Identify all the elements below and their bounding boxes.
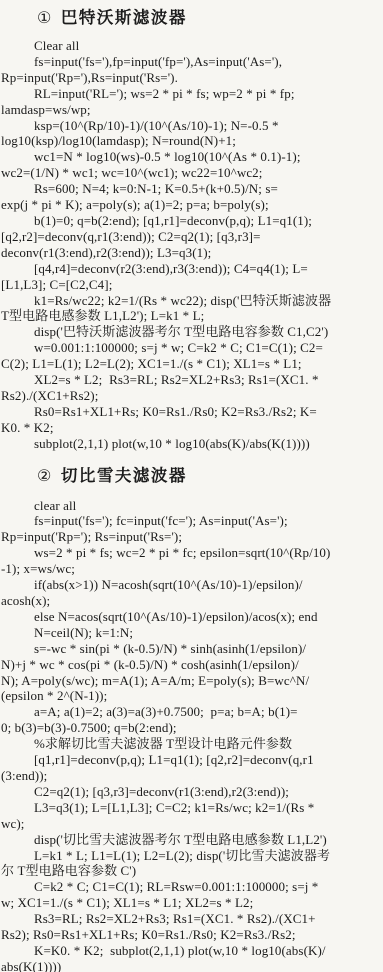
code-line: Rs3=RL; Rs2=XL2+Rs3; Rs1=(XC1. * Rs2)./(… [1, 911, 382, 927]
code-block-chebyshev: clear allfs=input('fs='); fc=input('fc='… [1, 498, 382, 972]
code-line: [L1,L3]; C=[C2,C4]; [1, 277, 382, 293]
code-line: log10(ksp)/log10(lamdasp); N=round(N)+1; [1, 133, 382, 149]
code-line: deconv(r1(3:end),r2(3:end)); L3=q3(1); [1, 245, 382, 261]
section-chebyshev: ②切比雪夫滤波器 clear allfs=input('fs='); fc=in… [1, 465, 382, 972]
code-line: k1=Rs/wc22; k2=1/(Rs * wc22); disp('巴特沃斯… [1, 293, 382, 309]
code-line: RL=input('RL='); ws=2 * pi * fs; wp=2 * … [1, 86, 382, 102]
code-line: [q1,r1]=deconv(p,q); L1=q1(1); [q2,r2]=d… [1, 752, 382, 768]
scanned-book-page: ①巴特沃斯滤波器 Clear allfs=input('fs='),fp=inp… [0, 0, 383, 972]
code-line: ksp=(10^(Rp/10)-1)/(10^(As/10)-1); N=-0.… [1, 118, 382, 134]
code-line: 尔 T型电路电容参数 C') [1, 863, 382, 879]
code-line: N=ceil(N); k=1:N; [1, 625, 382, 641]
code-line: C2=q2(1); [q3,r3]=deconv(r1(3:end),r2(3:… [1, 784, 382, 800]
code-line: T型电路电感参数 L1,L2'); L=k1 * L; [1, 308, 382, 324]
code-line: C=k2 * C; C1=C(1); RL=Rsw=0.001:1:100000… [1, 879, 382, 895]
code-line: disp('巴特沃斯滤波器考尔 T型电路电容参数 C1,C2') [1, 324, 382, 340]
code-line: s=-wc * sin(pi * (k-0.5)/N) * sinh(asinh… [1, 641, 382, 657]
circled-2-icon: ② [37, 468, 53, 485]
code-line: Rs2); Rs0=Rs1+XL1+Rs; K0=Rs1./Rs0; K2=Rs… [1, 927, 382, 943]
code-line: abs(K(1)))) [1, 959, 382, 972]
code-line: L3=q3(1); L=[L1,L3]; C=C2; k1=Rs/wc; k2=… [1, 800, 382, 816]
code-line: exp(j * pi * K); a=poly(s); a(1)=2; p=a;… [1, 197, 382, 213]
code-line: L=k1 * L; L1=L(1); L2=L(2); disp('切比雪夫滤波… [1, 848, 382, 864]
code-line: -1); x=ws/wc; [1, 561, 382, 577]
code-line: b(1)=0; q=b(2:end); [q1,r1]=deconv(p,q);… [1, 213, 382, 229]
code-line: wc1=N * log10(ws)-0.5 * log10(10^(As * 0… [1, 149, 382, 165]
code-line: else N=acos(sqrt(10^(As/10)-1)/epsilon)/… [1, 609, 382, 625]
code-line: 0; b(3)=b(3)-0.7500; q=b(2:end); [1, 720, 382, 736]
code-line: wc); [1, 816, 382, 832]
code-line: N)+j * wc * cos(pi * (k-0.5)/N) * cosh(a… [1, 657, 382, 673]
code-line: (epsilon * 2^(N-1)); [1, 688, 382, 704]
code-line: a=A; a(1)=2; a(3)=a(3)+0.7500; p=a; b=A;… [1, 704, 382, 720]
code-line: Rp=input('Rp='); Rs=input('Rs='); [1, 529, 382, 545]
code-line: (3:end)); [1, 768, 382, 784]
code-line: Rs0=Rs1+XL1+Rs; K0=Rs1./Rs0; K2=Rs3./Rs2… [1, 404, 382, 420]
code-line: disp('切比雪夫滤波器考尔 T型电路电感参数 L1,L2') [1, 832, 382, 848]
code-line: fs=input('fs='); fc=input('fc='); As=inp… [1, 513, 382, 529]
code-line: Clear all [1, 38, 382, 54]
code-line: w; XC1=1./(s * C1); XL1=s * L1; XL2=s * … [1, 895, 382, 911]
code-block-butterworth: Clear allfs=input('fs='),fp=input('fp=')… [1, 38, 382, 452]
section-butterworth: ①巴特沃斯滤波器 Clear allfs=input('fs='),fp=inp… [1, 7, 382, 452]
circled-1-icon: ① [37, 10, 53, 27]
code-line: [q2,r2]=deconv(q,r1(3:end)); C2=q2(1); [… [1, 229, 382, 245]
code-line: w=0.001:1:100000; s=j * w; C=k2 * C; C1=… [1, 340, 382, 356]
code-line: K=K0. * K2; subplot(2,1,1) plot(w,10 * l… [1, 943, 382, 959]
code-line: K0. * K2; [1, 420, 382, 436]
code-line: ws=2 * pi * fs; wc=2 * pi * fc; epsilon=… [1, 545, 382, 561]
section-heading-chebyshev: ②切比雪夫滤波器 [37, 465, 382, 487]
code-line: %求解切比雪夫滤波器 T型设计电路元件参数 [1, 736, 382, 752]
code-line: Rs2)./(XC1+Rs2); [1, 388, 382, 404]
code-line: wc2=(1/N) * wc1; wc=10^(wc1); wc22=10^wc… [1, 165, 382, 181]
code-line: XL2=s * L2; Rs3=RL; Rs2=XL2+Rs3; Rs1=(XC… [1, 372, 382, 388]
section-heading-butterworth: ①巴特沃斯滤波器 [37, 7, 382, 29]
code-line: [q4,r4]=deconv(r2(3:end),r3(3:end)); C4=… [1, 261, 382, 277]
code-line: Rs=600; N=4; k=0:N-1; K=0.5+(k+0.5)/N; s… [1, 181, 382, 197]
code-line: Rp=input('Rp='),Rs=input('Rs='). [1, 70, 382, 86]
code-line: clear all [1, 498, 382, 514]
code-line: if(abs(x>1)) N=acosh(sqrt(10^(As/10)-1)/… [1, 577, 382, 593]
code-line: fs=input('fs='),fp=input('fp='),As=input… [1, 54, 382, 70]
code-line: N); A=poly(s/wc); m=A(1); A=A/m; E=poly(… [1, 673, 382, 689]
code-line: acosh(x); [1, 593, 382, 609]
code-line: subplot(2,1,1) plot(w,10 * log10(abs(K)/… [1, 436, 382, 452]
code-line: C(2); L1=L(1); L2=L(2); XC1=1./(s * C1);… [1, 356, 382, 372]
code-line: lamdasp=ws/wp; [1, 102, 382, 118]
section-title-chebyshev: 切比雪夫滤波器 [61, 466, 187, 485]
section-title-butterworth: 巴特沃斯滤波器 [61, 8, 187, 27]
